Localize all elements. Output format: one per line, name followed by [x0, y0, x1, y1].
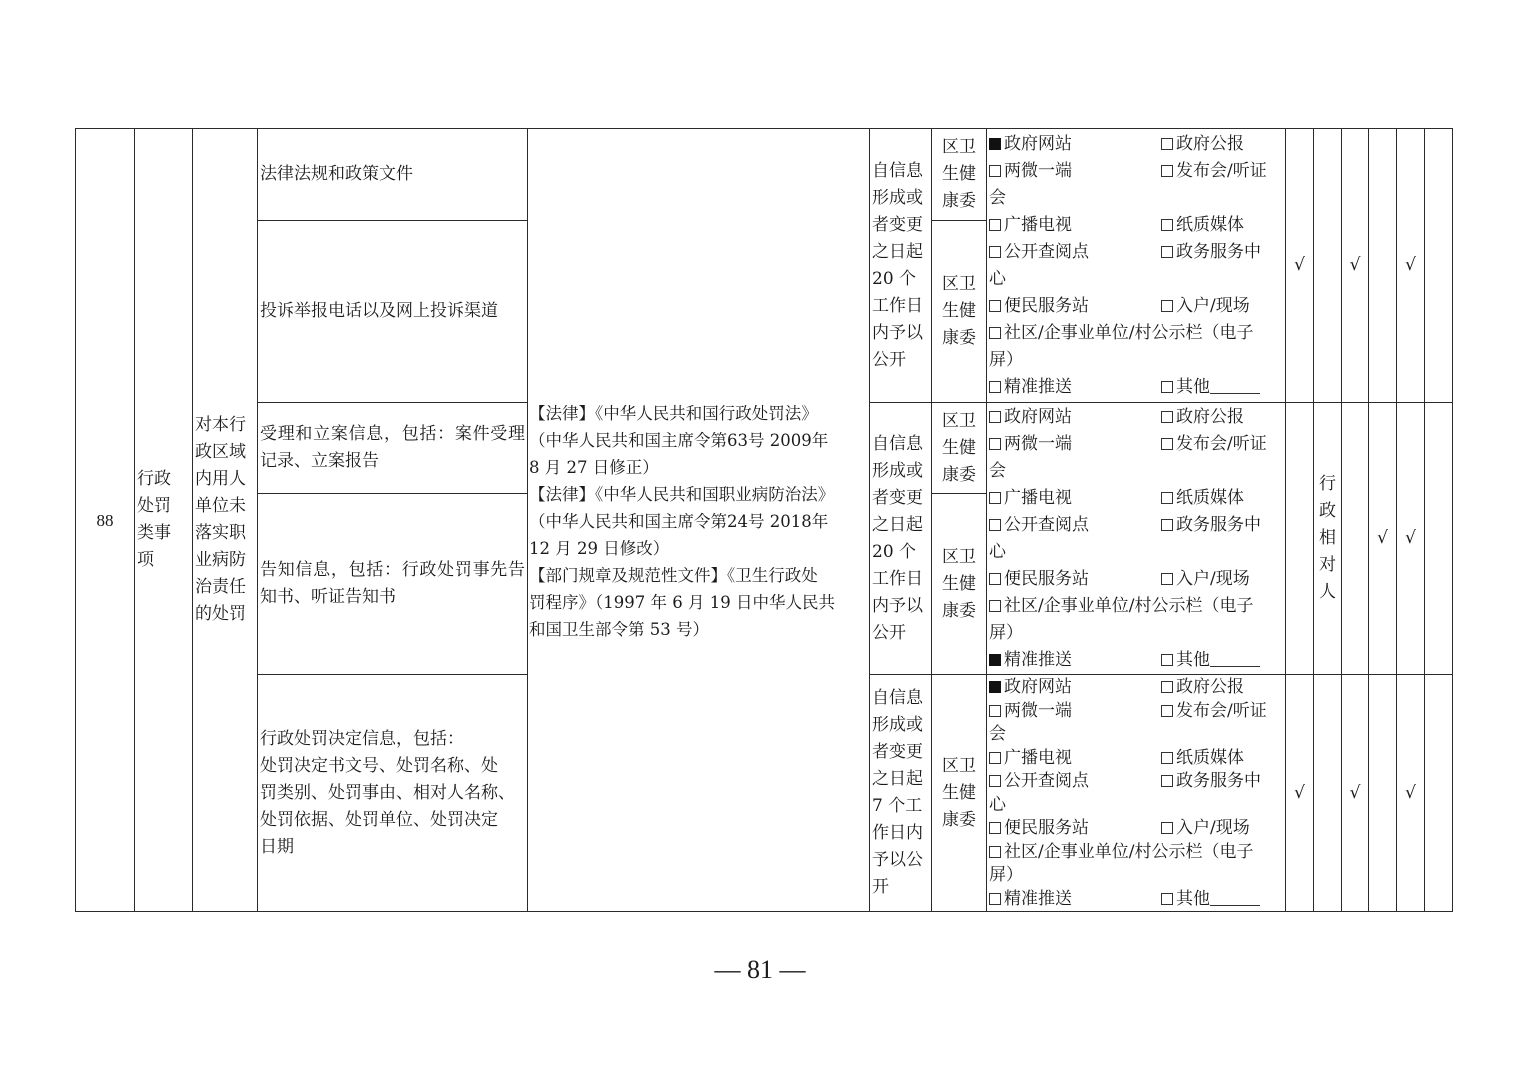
channel-bulletin[interactable]: 社区/企事业单位/村公示栏（电子: [989, 593, 1283, 620]
agency-line: 区卫: [932, 544, 986, 571]
checkmark-icon: √: [1294, 252, 1305, 279]
content-cell: 法律法规和政策文件: [257, 128, 528, 221]
channel-wrap-text: 心: [989, 539, 1283, 566]
channel-two-micro[interactable]: 两微一端: [989, 158, 1161, 185]
blank-line: [1210, 889, 1260, 906]
empty-box-icon: [989, 411, 1001, 423]
channel-label: 精准推送: [1004, 650, 1072, 670]
channel-two-micro[interactable]: 两微一端: [989, 431, 1161, 458]
checked-box-icon: [989, 138, 1001, 150]
empty-box-icon: [1161, 219, 1173, 231]
mark-cell: [1424, 402, 1453, 675]
channel-label: 政府网站: [1004, 407, 1072, 427]
channel-door-to-door[interactable]: 入户/现场: [1161, 293, 1283, 320]
category-line: 行政: [137, 466, 171, 493]
channel-wrap-text: 会: [989, 185, 1283, 212]
channel-label: 政府公报: [1176, 407, 1244, 427]
channel-paper-media[interactable]: 纸质媒体: [1161, 485, 1283, 512]
channel-paper-media[interactable]: 纸质媒体: [1161, 747, 1283, 771]
mark-cell: [1368, 674, 1397, 912]
checkmark-icon: √: [1350, 252, 1361, 279]
checkmark-icon: √: [1377, 525, 1388, 552]
agency-line: 康委: [932, 598, 986, 625]
checkmark-icon: √: [1350, 780, 1361, 807]
channel-label: 社区/企事业单位/村公示栏（电子: [1004, 842, 1253, 862]
checkmark-icon: √: [1405, 780, 1416, 807]
content-line: 行政处罚决定信息，包括：: [260, 726, 515, 753]
legal-basis-line: 12 月 29 日修改）: [529, 535, 869, 562]
channel-broadcast-tv[interactable]: 广播电视: [989, 485, 1161, 512]
timing-line: 者变更: [872, 739, 923, 766]
timing-line: 之日起: [872, 766, 923, 793]
mark-cell: √: [1396, 402, 1425, 675]
agency-line: 区卫: [932, 408, 986, 435]
empty-box-icon: [1161, 573, 1173, 585]
channel-label: 发布会/听证: [1176, 701, 1267, 721]
empty-box-icon: [989, 573, 1001, 585]
empty-box-icon: [1161, 165, 1173, 177]
legal-basis-line: 罚程序》（1997 年 6 月 19 日中华人民共: [529, 589, 869, 616]
legal-basis-line: 【法律】《中华人民共和国行政处罚法》: [529, 400, 869, 427]
channel-wrap-text: 会: [989, 723, 1283, 747]
empty-box-icon: [1161, 681, 1173, 693]
empty-box-icon: [989, 752, 1001, 764]
empty-box-icon: [1161, 381, 1173, 393]
timing-line: 工作日: [872, 293, 923, 320]
legal-basis-line: （中华人民共和国主席令第24号 2018年: [529, 508, 869, 535]
empty-box-icon: [989, 492, 1001, 504]
empty-box-icon: [1161, 775, 1173, 787]
channel-label: 政府网站: [1004, 677, 1072, 697]
channel-service-center[interactable]: 政务服务中: [1161, 239, 1283, 266]
channel-label: 入户/现场: [1176, 818, 1250, 838]
channel-wrap-text: 屏）: [989, 347, 1283, 374]
channel-press-conf[interactable]: 发布会/听证: [1161, 700, 1283, 724]
timing-line: 内予以: [872, 320, 923, 347]
timing-line: 者变更: [872, 212, 923, 239]
channel-label: 社区/企事业单位/村公示栏（电子: [1004, 323, 1253, 343]
channel-bulletin[interactable]: 社区/企事业单位/村公示栏（电子: [989, 841, 1283, 865]
timing-line: 7 个工: [872, 793, 923, 820]
channel-label: 其他: [1176, 650, 1210, 670]
row-number-cell: 88: [75, 128, 135, 912]
channel-label: 精准推送: [1004, 377, 1072, 397]
channel-gov-gazette[interactable]: 政府公报: [1161, 676, 1283, 700]
target-line: 相: [1314, 525, 1341, 552]
document-page: 88 行政 处罚 类事 项 对本行 政区域 内用人 单位未 落实职 业病防 治责…: [0, 0, 1520, 1074]
mark-cell: √: [1285, 674, 1314, 912]
content-line: 罚类别、处罚事由、相对人名称、: [260, 780, 515, 807]
checked-box-icon: [989, 654, 1001, 666]
channel-label: 精准推送: [1004, 889, 1072, 909]
item-line: 治责任: [195, 574, 246, 601]
mark-cell: [1424, 128, 1453, 403]
channel-other[interactable]: 其他: [1161, 888, 1283, 912]
item-line: 政区域: [195, 439, 246, 466]
agency-line: 区卫: [932, 271, 986, 298]
content-line: 处罚决定书文号、处罚名称、处: [260, 753, 515, 780]
empty-box-icon: [1161, 752, 1173, 764]
channel-label: 纸质媒体: [1176, 488, 1244, 508]
timing-line: 自信息: [872, 158, 923, 185]
agency-line: 区卫: [932, 753, 986, 780]
mark-cell: [1313, 128, 1342, 403]
blank-line: [1210, 377, 1260, 394]
content-line: 日期: [260, 834, 515, 861]
checkmark-icon: √: [1405, 252, 1416, 279]
channel-other[interactable]: 其他: [1161, 374, 1283, 401]
channel-label: 发布会/听证: [1176, 434, 1267, 454]
channel-list: 政府网站 政府公报 两微一端 发布会/听证 会 广播电视 纸质媒体 公开查阅点 …: [987, 675, 1285, 911]
mark-cell: √: [1285, 128, 1314, 403]
legal-basis-line: 【法律】《中华人民共和国职业病防治法》: [529, 481, 869, 508]
channel-press-conf[interactable]: 发布会/听证: [1161, 158, 1283, 185]
content-cell: 行政处罚决定信息，包括： 处罚决定书文号、处罚名称、处 罚类别、处罚事由、相对人…: [257, 674, 528, 912]
empty-box-icon: [989, 381, 1001, 393]
channel-wrap-text: 心: [989, 794, 1283, 818]
channels-cell: 政府网站 政府公报 两微一端 发布会/听证 会 广播电视 纸质媒体 公开查阅点 …: [986, 674, 1286, 912]
channel-list: 政府网站 政府公报 两微一端 发布会/听证 会 广播电视 纸质媒体 公开查阅点 …: [987, 404, 1285, 674]
channel-door-to-door[interactable]: 入户/现场: [1161, 817, 1283, 841]
channel-label: 纸质媒体: [1176, 748, 1244, 768]
agency-line: 生健: [932, 780, 986, 807]
empty-box-icon: [1161, 300, 1173, 312]
channel-list: 政府网站 政府公报 两微一端 发布会/听证 会 广播电视 纸质媒体 公开查阅点 …: [987, 131, 1285, 401]
channel-reading-point[interactable]: 公开查阅点: [989, 512, 1161, 539]
empty-box-icon: [989, 600, 1001, 612]
channel-label: 两微一端: [1004, 434, 1072, 454]
channel-reading-point[interactable]: 公开查阅点: [989, 770, 1161, 794]
channel-service-center[interactable]: 政务服务中: [1161, 770, 1283, 794]
agency-cell: 区卫生健康委: [931, 402, 987, 494]
timing-line: 予以公: [872, 847, 923, 874]
channel-label: 政务服务中: [1176, 515, 1261, 535]
agency-line: 康委: [932, 462, 986, 489]
mark-cell: √: [1341, 674, 1369, 912]
legal-basis-text: 【法律】《中华人民共和国行政处罚法》 （中华人民共和国主席令第63号 2009年…: [529, 400, 869, 643]
timing-line: 形成或: [872, 185, 923, 212]
content-text: 行政处罚决定信息，包括： 处罚决定书文号、处罚名称、处 罚类别、处罚事由、相对人…: [260, 726, 515, 861]
item-cell: 对本行 政区域 内用人 单位未 落实职 业病防 治责任 的处罚: [192, 128, 258, 912]
agency-cell: 区卫生健康委: [931, 220, 987, 403]
blank-line: [1210, 650, 1260, 667]
channel-precise-push[interactable]: 精准推送: [989, 888, 1161, 912]
page-number: — 81 —: [0, 955, 1520, 985]
timing-cell: 自信息 形成或 者变更 之日起 7 个工 作日内 予以公 开: [869, 674, 932, 912]
empty-box-icon: [989, 846, 1001, 858]
channel-label: 两微一端: [1004, 161, 1072, 181]
agency-line: 康委: [932, 325, 986, 352]
target-line: 行: [1314, 471, 1341, 498]
agency-line: 康委: [932, 807, 986, 834]
channel-label: 政务服务中: [1176, 771, 1261, 791]
channel-reading-point[interactable]: 公开查阅点: [989, 239, 1161, 266]
channel-label: 广播电视: [1004, 748, 1072, 768]
empty-box-icon: [989, 438, 1001, 450]
item-line: 的处罚: [195, 601, 246, 628]
category-cell: 行政 处罚 类事 项: [134, 128, 193, 912]
agency-cell: 区卫生健康委: [931, 493, 987, 675]
agency-line: 生健: [932, 298, 986, 325]
channel-gov-gazette[interactable]: 政府公报: [1161, 131, 1283, 158]
channels-cell: 政府网站 政府公报 两微一端 发布会/听证 会 广播电视 纸质媒体 公开查阅点 …: [986, 402, 1286, 675]
timing-line: 内予以: [872, 593, 923, 620]
timing-line: 形成或: [872, 458, 923, 485]
channel-label: 便民服务站: [1004, 818, 1089, 838]
channel-door-to-door[interactable]: 入户/现场: [1161, 566, 1283, 593]
empty-box-icon: [989, 300, 1001, 312]
item-line: 落实职: [195, 520, 246, 547]
legal-basis-line: 8 月 27 日修正）: [529, 454, 869, 481]
timing-line: 开: [872, 874, 923, 901]
empty-box-icon: [1161, 138, 1173, 150]
item-line: 单位未: [195, 493, 246, 520]
channel-label: 其他: [1176, 377, 1210, 397]
timing-line: 20 个: [872, 539, 923, 566]
channel-label: 便民服务站: [1004, 569, 1089, 589]
empty-box-icon: [1161, 654, 1173, 666]
timing-line: 作日内: [872, 820, 923, 847]
timing-line: 形成或: [872, 712, 923, 739]
item-line: 内用人: [195, 466, 246, 493]
content-cell: 受理和立案信息，包括：案件受理记录、立案报告: [257, 402, 528, 494]
mark-cell: [1368, 128, 1397, 403]
channel-label: 政府公报: [1176, 677, 1244, 697]
channel-wrap-text: 会: [989, 458, 1283, 485]
empty-box-icon: [989, 246, 1001, 258]
mark-cell: √: [1368, 402, 1397, 675]
timing-cell: 自信息 形成或 者变更 之日起 20 个 工作日 内予以 公开: [869, 128, 932, 403]
channel-service-station[interactable]: 便民服务站: [989, 293, 1161, 320]
mark-cell: [1313, 674, 1342, 912]
content-line: 处罚依据、处罚单位、处罚决定: [260, 807, 515, 834]
content-text: 受理和立案信息，包括：案件受理记录、立案报告: [260, 421, 525, 475]
agency-line: 区卫: [932, 134, 986, 161]
mark-cell: √: [1396, 674, 1425, 912]
channel-wrap-text: 屏）: [989, 864, 1283, 888]
mark-cell: [1424, 674, 1453, 912]
channel-label: 广播电视: [1004, 215, 1072, 235]
channel-label: 两微一端: [1004, 701, 1072, 721]
channel-gov-gazette[interactable]: 政府公报: [1161, 404, 1283, 431]
row-number: 88: [97, 507, 114, 534]
category-text: 行政 处罚 类事 项: [137, 466, 171, 574]
empty-box-icon: [1161, 705, 1173, 717]
timing-line: 自信息: [872, 431, 923, 458]
timing-line: 之日起: [872, 512, 923, 539]
empty-box-icon: [989, 775, 1001, 787]
mark-cell: √: [1396, 128, 1425, 403]
channel-service-center[interactable]: 政务服务中: [1161, 512, 1283, 539]
mark-cell: [1341, 402, 1369, 675]
channel-label: 广播电视: [1004, 488, 1072, 508]
content-cell: 投诉举报电话以及网上投诉渠道: [257, 220, 528, 403]
channel-label: 公开查阅点: [1004, 515, 1089, 535]
timing-line: 20 个: [872, 266, 923, 293]
agency-line: 生健: [932, 571, 986, 598]
agency-line: 生健: [932, 161, 986, 188]
empty-box-icon: [989, 893, 1001, 905]
channel-paper-media[interactable]: 纸质媒体: [1161, 212, 1283, 239]
mark-cell: [1285, 402, 1314, 675]
channel-press-conf[interactable]: 发布会/听证: [1161, 431, 1283, 458]
target-line: 人: [1314, 579, 1341, 606]
timing-line: 者变更: [872, 485, 923, 512]
channel-gov-website[interactable]: 政府网站: [989, 676, 1161, 700]
empty-box-icon: [1161, 246, 1173, 258]
channel-service-station[interactable]: 便民服务站: [989, 566, 1161, 593]
channel-broadcast-tv[interactable]: 广播电视: [989, 212, 1161, 239]
checked-box-icon: [989, 681, 1001, 693]
legal-basis-line: （中华人民共和国主席令第63号 2009年: [529, 427, 869, 454]
channel-wrap-text: 心: [989, 266, 1283, 293]
channel-label: 政务服务中: [1176, 242, 1261, 262]
channel-label: 社区/企事业单位/村公示栏（电子: [1004, 596, 1253, 616]
target-line: 政: [1314, 498, 1341, 525]
empty-box-icon: [989, 219, 1001, 231]
channels-cell: 政府网站 政府公报 两微一端 发布会/听证 会 广播电视 纸质媒体 公开查阅点 …: [986, 128, 1286, 403]
empty-box-icon: [1161, 893, 1173, 905]
channel-broadcast-tv[interactable]: 广播电视: [989, 747, 1161, 771]
content-cell: 告知信息，包括：行政处罚事先告知书、听证告知书: [257, 493, 528, 675]
legal-basis-cell: 【法律】《中华人民共和国行政处罚法》 （中华人民共和国主席令第63号 2009年…: [527, 128, 870, 912]
empty-box-icon: [989, 519, 1001, 531]
timing-line: 公开: [872, 620, 923, 647]
channel-label: 发布会/听证: [1176, 161, 1267, 181]
empty-box-icon: [1161, 411, 1173, 423]
empty-box-icon: [1161, 519, 1173, 531]
channel-wrap-text: 屏）: [989, 620, 1283, 647]
content-text: 告知信息，包括：行政处罚事先告知书、听证告知书: [260, 557, 525, 611]
channel-label: 入户/现场: [1176, 569, 1250, 589]
channel-precise-push[interactable]: 精准推送: [989, 374, 1161, 401]
channel-label: 其他: [1176, 889, 1210, 909]
item-line: 对本行: [195, 412, 246, 439]
category-line: 类事: [137, 520, 171, 547]
checkmark-icon: √: [1294, 780, 1305, 807]
channel-bulletin[interactable]: 社区/企事业单位/村公示栏（电子: [989, 320, 1283, 347]
item-line: 业病防: [195, 547, 246, 574]
empty-box-icon: [989, 165, 1001, 177]
empty-box-icon: [989, 327, 1001, 339]
empty-box-icon: [1161, 438, 1173, 450]
timing-line: 公开: [872, 347, 923, 374]
legal-basis-line: 【部门规章及规范性文件】《卫生行政处: [529, 562, 869, 589]
checkmark-icon: √: [1405, 525, 1416, 552]
agency-cell: 区卫生健康委: [931, 674, 987, 912]
content-text: 法律法规和政策文件: [260, 161, 413, 188]
agency-line: 生健: [932, 435, 986, 462]
channel-label: 政府网站: [1004, 134, 1072, 154]
empty-box-icon: [989, 705, 1001, 717]
empty-box-icon: [1161, 492, 1173, 504]
target-cell: 行 政 相 对 人: [1313, 402, 1342, 675]
empty-box-icon: [989, 822, 1001, 834]
empty-box-icon: [1161, 822, 1173, 834]
target-text: 行 政 相 对 人: [1314, 471, 1341, 606]
timing-line: 工作日: [872, 566, 923, 593]
channel-label: 公开查阅点: [1004, 771, 1089, 791]
content-text: 投诉举报电话以及网上投诉渠道: [260, 298, 498, 325]
target-line: 对: [1314, 552, 1341, 579]
timing-cell: 自信息 形成或 者变更 之日起 20 个 工作日 内予以 公开: [869, 402, 932, 675]
channel-label: 便民服务站: [1004, 296, 1089, 316]
timing-line: 自信息: [872, 685, 923, 712]
item-text: 对本行 政区域 内用人 单位未 落实职 业病防 治责任 的处罚: [195, 412, 246, 628]
channel-other[interactable]: 其他: [1161, 647, 1283, 674]
channel-service-station[interactable]: 便民服务站: [989, 817, 1161, 841]
channel-label: 政府公报: [1176, 134, 1244, 154]
channel-gov-website[interactable]: 政府网站: [989, 131, 1161, 158]
mark-cell: √: [1341, 128, 1369, 403]
channel-two-micro[interactable]: 两微一端: [989, 700, 1161, 724]
channel-precise-push[interactable]: 精准推送: [989, 647, 1161, 674]
category-line: 项: [137, 547, 171, 574]
channel-label: 入户/现场: [1176, 296, 1250, 316]
channel-gov-website[interactable]: 政府网站: [989, 404, 1161, 431]
timing-line: 之日起: [872, 239, 923, 266]
channel-label: 纸质媒体: [1176, 215, 1244, 235]
channel-label: 公开查阅点: [1004, 242, 1089, 262]
category-line: 处罚: [137, 493, 171, 520]
agency-line: 康委: [932, 188, 986, 215]
agency-cell: 区卫生健康委: [931, 128, 987, 221]
legal-basis-line: 和国卫生部令第 53 号）: [529, 616, 869, 643]
